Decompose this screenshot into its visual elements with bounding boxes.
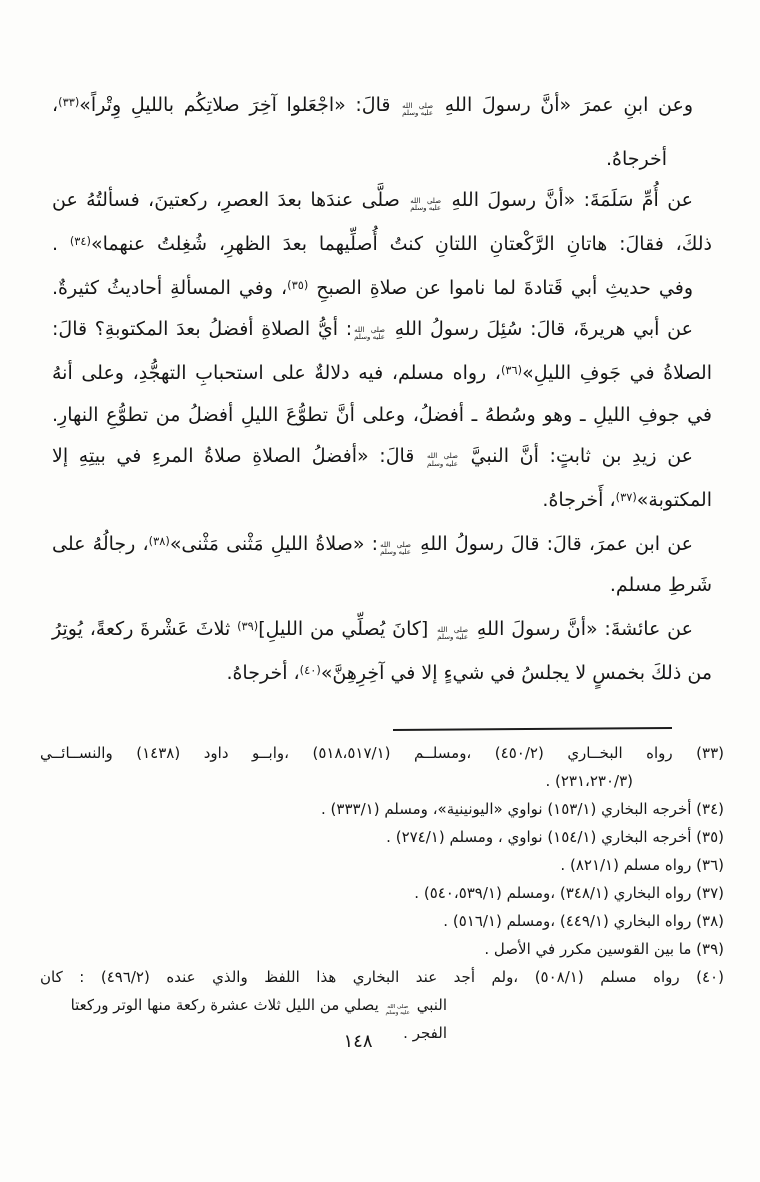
pbuh-symbol: صلى اللهعليه وسلم bbox=[402, 102, 433, 116]
footnote-ref: (٣٦) bbox=[501, 363, 522, 377]
body-line: عن أُمِّ سَلَمَةَ: «أنَّ رسولَ اللهِ صلى… bbox=[52, 180, 712, 221]
footnote-ref: (٣٨) bbox=[149, 534, 170, 548]
body-line: من ذلكَ بخمسٍ لا يجلسُ في شيءٍ إلا في آخ… bbox=[52, 650, 712, 694]
footnote-ref: (٣٣) bbox=[58, 95, 79, 109]
pbuh-symbol: صلى اللهعليه وسلم bbox=[386, 1005, 410, 1016]
footnote-line: (٣٧) رواه البخاري ⁦(٣٤٨/١)⁩ ،ومسلم ⁦(٥٤٠… bbox=[40, 879, 724, 907]
footnote-line: (٣٦) رواه مسلم ⁦(٨٢١/١)⁩ . bbox=[40, 851, 724, 879]
footnote-ref: (٣٧) bbox=[616, 490, 637, 504]
footnote-ref: (٣٥) bbox=[287, 278, 308, 292]
footnote-ref: (٣٤) bbox=[70, 234, 91, 248]
page-number: ١٤٨ bbox=[0, 1031, 716, 1052]
pbuh-symbol: صلى اللهعليه وسلم bbox=[354, 326, 385, 340]
footnote-ref: (٣٩) bbox=[237, 619, 258, 633]
body-line: وفي حديثِ أبي قَتادةَ لما ناموا عن صلاةِ… bbox=[52, 265, 712, 309]
body-line: في جوفِ الليلِ ـ وهو وسُطهُ ـ أفضلُ، وعل… bbox=[52, 395, 712, 436]
footnote-line: ⁦(٢٣١،٢٣٠/٣)⁩ . bbox=[40, 767, 724, 795]
body-line: شَرطِ مسلم. bbox=[52, 565, 712, 606]
footnote-line: (٣٣) رواه البخــاري ⁦(٤٥٠/٢)⁩ ،ومسلــم ⁦… bbox=[40, 739, 724, 767]
pbuh-symbol: صلى اللهعليه وسلم bbox=[380, 541, 411, 555]
body-line: عن عائشةَ: «أنَّ رسولَ اللهِ صلى اللهعلي… bbox=[52, 606, 712, 650]
body-line: أخرجاهُ. bbox=[52, 139, 712, 180]
footnote-line: (٣٥) أخرجه البخاري ⁦(١٥٤/١)⁩ نواوي ، ومس… bbox=[40, 823, 724, 851]
footnote-line: (٣٩) ما بين القوسين مكرر في الأصل . bbox=[40, 935, 724, 963]
scanned-book-page: وعن ابنِ عمرَ «أنَّ رسولَ اللهِ صلى الله… bbox=[0, 0, 760, 1182]
body-line: عن أبي هريرةَ، قالَ: سُئِلَ رسولُ اللهِ … bbox=[52, 309, 712, 350]
body-line: ذلكَ، فقالَ: هاتانِ الرَّكْعتانِ اللتانِ… bbox=[52, 221, 712, 265]
pbuh-symbol: صلى اللهعليه وسلم bbox=[427, 452, 458, 466]
body-line: المكتوبة»(٣٧)، أَخرجاهُ. bbox=[52, 477, 712, 521]
footnote-separator bbox=[393, 727, 672, 731]
footnote-line: (٣٤) أخرجه البخاري ⁦(١٥٣/١)⁩ نواوي «اليو… bbox=[40, 795, 724, 823]
body-line: الصلاةُ في جَوفِ الليلِ»(٣٦)، رواه مسلم،… bbox=[52, 350, 712, 394]
footnotes: (٣٣) رواه البخــاري ⁦(٤٥٠/٢)⁩ ،ومسلــم ⁦… bbox=[40, 739, 724, 1047]
body-line: عن ابن عمرَ، قالَ: قالَ رسولُ اللهِ صلى … bbox=[52, 521, 712, 565]
pbuh-symbol: صلى اللهعليه وسلم bbox=[437, 626, 468, 640]
footnote-line: (٣٨) رواه البخاري ⁦(٤٤٩/١)⁩ ،ومسلم ⁦(٥١٦… bbox=[40, 907, 724, 935]
body-text: وعن ابنِ عمرَ «أنَّ رسولَ اللهِ صلى الله… bbox=[52, 82, 712, 694]
body-line: وعن ابنِ عمرَ «أنَّ رسولَ اللهِ صلى الله… bbox=[52, 82, 712, 126]
footnote-line: (٤٠) رواه مسلم ⁦(٥٠٨/١)⁩ ،ولم أجد عند ال… bbox=[40, 963, 724, 991]
footnote-ref: (٤٠) bbox=[300, 663, 321, 677]
pbuh-symbol: صلى اللهعليه وسلم bbox=[410, 197, 441, 211]
body-line: عن زيدِ بن ثابتٍ: أنَّ النبيَّ صلى اللهع… bbox=[52, 436, 712, 477]
